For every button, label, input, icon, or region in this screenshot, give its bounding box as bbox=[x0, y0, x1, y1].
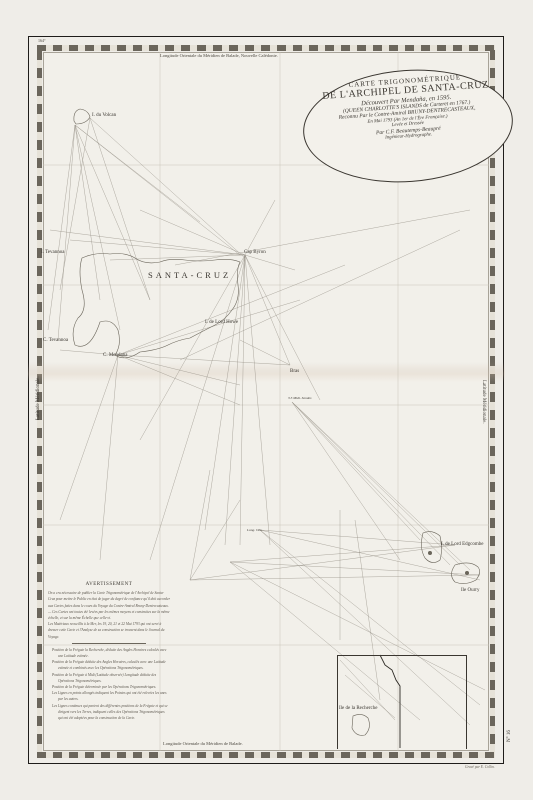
latitude-label-right: Latitude Méridionale. bbox=[481, 380, 486, 424]
plate-number: N° 16 bbox=[507, 730, 512, 742]
label-tevannoa-island: I. Tevannoa bbox=[41, 250, 64, 255]
label-c-tevannoa: C. Tevannoa bbox=[43, 338, 68, 343]
label-sounding-station: 3.5 Midi. Sondes bbox=[288, 396, 312, 400]
latitude-label-left: Latitude Méridionale. bbox=[36, 376, 41, 420]
label-bras: Bras bbox=[290, 369, 299, 374]
label-c-mendana: C. Mendana bbox=[103, 353, 127, 358]
label-santa-cruz: SANTA-CRUZ bbox=[148, 270, 231, 280]
engraver-credit: Gravé par E. Collin. bbox=[465, 765, 495, 769]
legend-note: Les Lignes continues qui partent des dif… bbox=[48, 703, 170, 722]
longitude-label-bottom: Longitude Orientale du Méridien de Balad… bbox=[163, 741, 243, 746]
avertissement-divider bbox=[72, 643, 145, 644]
legend-note: Les Lignes en points allongés indiquent … bbox=[48, 690, 170, 702]
label-volcano-island: I. du Volcan bbox=[92, 113, 116, 118]
label-cap-byron: Cap Byron bbox=[244, 250, 266, 255]
map-sheet: Longitude Orientale du Méridien de Balad… bbox=[0, 0, 533, 800]
legend-note: Position de la Frégate à Midi (Latitude … bbox=[48, 672, 170, 684]
avertissement-paragraph: On a cru nécessaire de publier la Carte … bbox=[48, 590, 170, 621]
label-longitude-obs: Long. Obs. bbox=[247, 528, 262, 532]
label-ile-ourry: Ile Ourry bbox=[461, 588, 479, 593]
scale-corner-label: 164° bbox=[38, 38, 46, 43]
longitude-label-top: Longitude Orientale du Méridien de Balad… bbox=[160, 53, 278, 58]
legend-note: Position de la Frégate déduite des Angle… bbox=[48, 659, 170, 671]
avertissement-paragraph: Les Matériaux recueillis à la Mer, les 1… bbox=[48, 621, 170, 640]
avertissement-notice: AVERTISSEMENT On a cru nécessaire de pub… bbox=[48, 582, 170, 721]
legend-note: Position de la Frégate la Recherche, déd… bbox=[48, 647, 170, 659]
label-lord-edgecombe: I. de Lord Edgcombe bbox=[441, 542, 484, 547]
label-lord-howe: I. de Lord Howe bbox=[205, 320, 238, 325]
inset-map-recherche bbox=[337, 655, 467, 749]
avertissement-title: AVERTISSEMENT bbox=[48, 582, 170, 588]
